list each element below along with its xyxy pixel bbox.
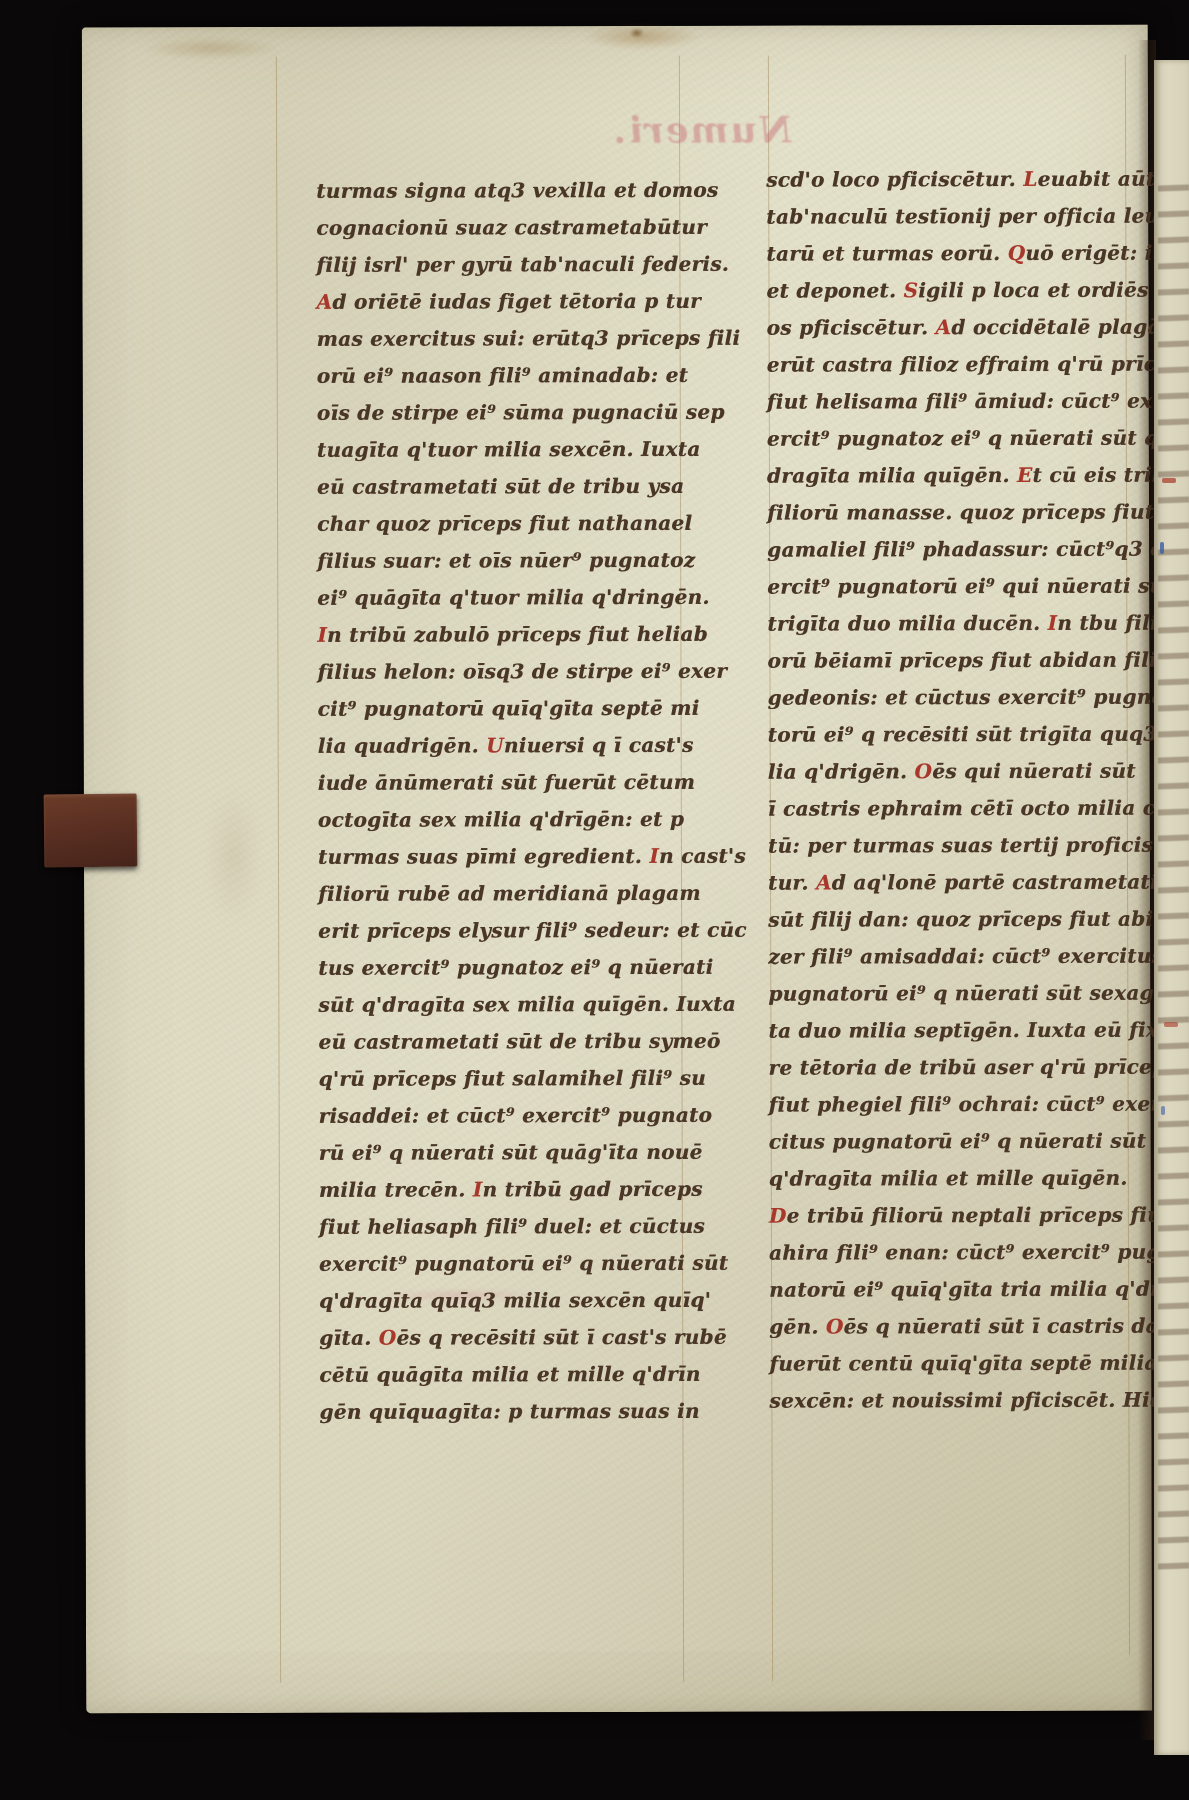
text-line: scd'o loco pficiscētur. Leuabit aūtē bbox=[766, 161, 1142, 199]
running-title: Numeri. bbox=[550, 109, 854, 152]
text-line: tarū et turmas eorū. Quō erigēt: ita bbox=[766, 235, 1142, 273]
rubric-mark bbox=[1164, 1022, 1178, 1027]
text-line: eū castrametati sūt de tribu symeō bbox=[318, 1023, 698, 1061]
text-line: milia trecēn. In tribū gad prīceps bbox=[319, 1171, 699, 1209]
text-line: In tribū zabulō prīceps fiut heliab bbox=[317, 616, 697, 654]
text-line: zer fili⁹ amisaddai: cūct⁹ exercitus bbox=[768, 938, 1144, 976]
text-line: trigīta duo milia ducēn. In tbu fili bbox=[767, 605, 1143, 643]
cropped-facing-text bbox=[1158, 169, 1189, 1570]
text-line: exercit⁹ pugnatorū ei⁹ q nūerati sūt bbox=[319, 1245, 699, 1283]
text-column-left: turmas signa atq3 vexilla et domoscognac… bbox=[316, 172, 699, 1431]
rubricated-initial: U bbox=[486, 733, 504, 757]
text-line: cētū quāgīta milia et mille q'drīn bbox=[319, 1356, 699, 1394]
text-line: filius suar: et oīs nūer⁹ pugnatoz bbox=[317, 542, 697, 580]
rubric-mark bbox=[1162, 478, 1176, 483]
text-line: gīta. Oēs q recēsiti sūt ī cast's rubē bbox=[319, 1319, 699, 1357]
text-line: sūt filij dan: quoz prīceps fiut abie bbox=[768, 901, 1144, 939]
text-line: citus pugnatorū ei⁹ q nūerati sūt bbox=[769, 1123, 1145, 1161]
text-line: dragīta milia quīgēn. Et cū eis trib⁹ bbox=[767, 457, 1143, 495]
text-line: tus exercit⁹ pugnatoz ei⁹ q nūerati bbox=[318, 949, 698, 987]
text-line: Ad oriētē iudas figet tētoria p tur bbox=[316, 283, 696, 321]
text-line: fiut helisama fili⁹ āmiud: cūct⁹ ex bbox=[767, 383, 1143, 421]
text-line: sexcēn: et nouissimi pficiscēt. Hic bbox=[769, 1382, 1145, 1420]
text-line: char quoz prīceps fiut nathanael bbox=[317, 505, 697, 543]
text-line: ercit⁹ pugnatoz ei⁹ q nūerati sūt q' bbox=[767, 420, 1143, 458]
text-line: q'dragīta milia et mille quīgēn. bbox=[769, 1160, 1145, 1198]
rubricated-initial: O bbox=[826, 1314, 844, 1338]
text-line: sūt q'dragīta sex milia quīgēn. Iuxta bbox=[318, 986, 698, 1024]
ink-stain bbox=[630, 28, 644, 38]
text-line: tuagīta q'tuor milia sexcēn. Iuxta bbox=[317, 431, 697, 469]
text-line: oīs de stirpe ei⁹ sūma pugnaciū sep bbox=[317, 394, 697, 432]
text-line: turmas suas pīmi egredient. In cast's bbox=[318, 838, 698, 876]
text-line: ei⁹ quāgīta q'tuor milia q'dringēn. bbox=[317, 579, 697, 617]
blue-paraph-mark bbox=[1160, 542, 1164, 554]
text-line: natorū ei⁹ quīq'gīta tria milia q'dri bbox=[769, 1271, 1145, 1309]
text-line: De tribū filiorū neptali prīceps fiut bbox=[769, 1197, 1145, 1235]
ink-stain bbox=[582, 24, 702, 50]
text-line: pugnatorū ei⁹ q nūerati sūt sexagī bbox=[768, 975, 1144, 1013]
rubricated-initial: I bbox=[473, 1177, 483, 1201]
rubricated-initial: E bbox=[1017, 463, 1033, 487]
text-line: mas exercitus sui: erūtq3 prīceps fili bbox=[317, 320, 697, 358]
text-line: erūt castra filioz effraim q'rū prīceps bbox=[767, 346, 1143, 384]
text-line: gēn. Oēs q nūerati sūt ī castris dan bbox=[769, 1308, 1145, 1346]
facing-page-fore-edge bbox=[1154, 60, 1189, 1755]
text-line: cit⁹ pugnatorū quīq'gīta septē mi bbox=[318, 690, 698, 728]
text-line: cognacionū suaz castrametabūtur bbox=[316, 209, 696, 247]
text-line: ta duo milia septīgēn. Iuxta eū fixe bbox=[768, 1012, 1144, 1050]
text-line: torū ei⁹ q recēsiti sūt trigīta quq3 mi bbox=[768, 716, 1144, 754]
text-line: filius helon: oīsq3 de stirpe ei⁹ exer bbox=[317, 653, 697, 691]
text-line: fiut heliasaph fili⁹ duel: et cūctus bbox=[319, 1208, 699, 1246]
blue-paraph-mark bbox=[1161, 1106, 1165, 1115]
text-line: erit prīceps elysur fili⁹ sedeur: et cūc bbox=[318, 912, 698, 950]
rubricated-initial: I bbox=[317, 623, 327, 647]
text-line: tur. Ad aq'lonē partē castrametati bbox=[768, 864, 1144, 902]
text-line: gēn quīquagīta: p turmas suas in bbox=[319, 1393, 699, 1431]
text-line: eū castrametati sūt de tribu ysa bbox=[317, 468, 697, 506]
text-line: fiut phegiel fili⁹ ochrai: cūct⁹ exer bbox=[769, 1086, 1145, 1124]
text-line: lia q'drigēn. Oēs qui nūerati sūt bbox=[768, 753, 1144, 791]
text-line: filiorū rubē ad meridianā plagam bbox=[318, 875, 698, 913]
text-line: gamaliel fili⁹ phadassur: cūct⁹q3 ex bbox=[767, 531, 1143, 569]
rubricated-initial: A bbox=[935, 315, 951, 339]
rubricated-initial: O bbox=[379, 1326, 397, 1350]
parchment-discoloration bbox=[204, 787, 264, 927]
rubricated-initial: D bbox=[769, 1204, 787, 1228]
text-line: filiorū manasse. quoz prīceps fiut bbox=[767, 494, 1143, 532]
text-line: et deponet. Sigili p loca et ordiēs su bbox=[766, 272, 1142, 310]
rubricated-initial: O bbox=[914, 759, 932, 783]
text-line: tū: per turmas suas tertij proficiscē bbox=[768, 827, 1144, 865]
text-line: q'dragīta quīq3 milia sexcēn quīq' bbox=[319, 1282, 699, 1320]
text-line: octogīta sex milia q'drīgēn: et p bbox=[318, 801, 698, 839]
text-line: ī castris ephraim cētī octo milia cē bbox=[768, 790, 1144, 828]
rubricated-initial: S bbox=[903, 278, 918, 302]
text-line: q'rū prīceps fiut salamihel fili⁹ su bbox=[319, 1060, 699, 1098]
text-line: iude ānūmerati sūt fuerūt cētum bbox=[318, 764, 698, 802]
text-line: re tētoria de tribū aser q'rū prīceps bbox=[768, 1049, 1144, 1087]
text-line: tab'naculū testīonij per officia leui bbox=[766, 198, 1142, 236]
rubricated-initial: L bbox=[1023, 167, 1037, 191]
text-line: turmas signa atq3 vexilla et domos bbox=[316, 172, 696, 210]
text-line: risaddei: et cūct⁹ exercit⁹ pugnato bbox=[319, 1097, 699, 1135]
text-line: os pficiscētur. Ad occidētalē plagā bbox=[767, 309, 1143, 347]
text-line: rū ei⁹ q nūerati sūt quāg'īta nouē bbox=[319, 1134, 699, 1172]
text-line: lia quadrigēn. Uniuersi q ī cast's bbox=[318, 727, 698, 765]
text-line: ercit⁹ pugnatorū ei⁹ qui nūerati sūt bbox=[767, 568, 1143, 606]
text-line: filij isrl' per gyrū tab'naculi federis. bbox=[316, 246, 696, 284]
rubricated-initial: A bbox=[816, 870, 832, 894]
text-line: fuerūt centū quīq'gīta septē milia bbox=[769, 1345, 1145, 1383]
text-line: gedeonis: et cūctus exercit⁹ pugna bbox=[768, 679, 1144, 717]
rubricated-initial: I bbox=[1048, 611, 1058, 635]
text-line: ahira fili⁹ enan: cūct⁹ exercit⁹ pug bbox=[769, 1234, 1145, 1272]
leather-bookmark-tab bbox=[44, 794, 138, 868]
photograph-backdrop: Numeri. turmas signa atq3 vexilla et dom… bbox=[0, 0, 1189, 1800]
rubricated-initial: I bbox=[649, 844, 659, 868]
rubricated-initial: A bbox=[316, 290, 332, 314]
ruling-line-left bbox=[276, 57, 281, 1683]
manuscript-page: Numeri. turmas signa atq3 vexilla et dom… bbox=[82, 25, 1152, 1714]
text-line: orū bēiamī prīceps fiut abidan fili⁹ bbox=[767, 642, 1143, 680]
text-column-right: scd'o loco pficiscētur. Leuabit aūtētab'… bbox=[766, 161, 1145, 1420]
text-line: orū ei⁹ naason fili⁹ aminadab: et bbox=[317, 357, 697, 395]
ink-stain bbox=[142, 37, 282, 59]
rubricated-initial: Q bbox=[1008, 241, 1026, 265]
